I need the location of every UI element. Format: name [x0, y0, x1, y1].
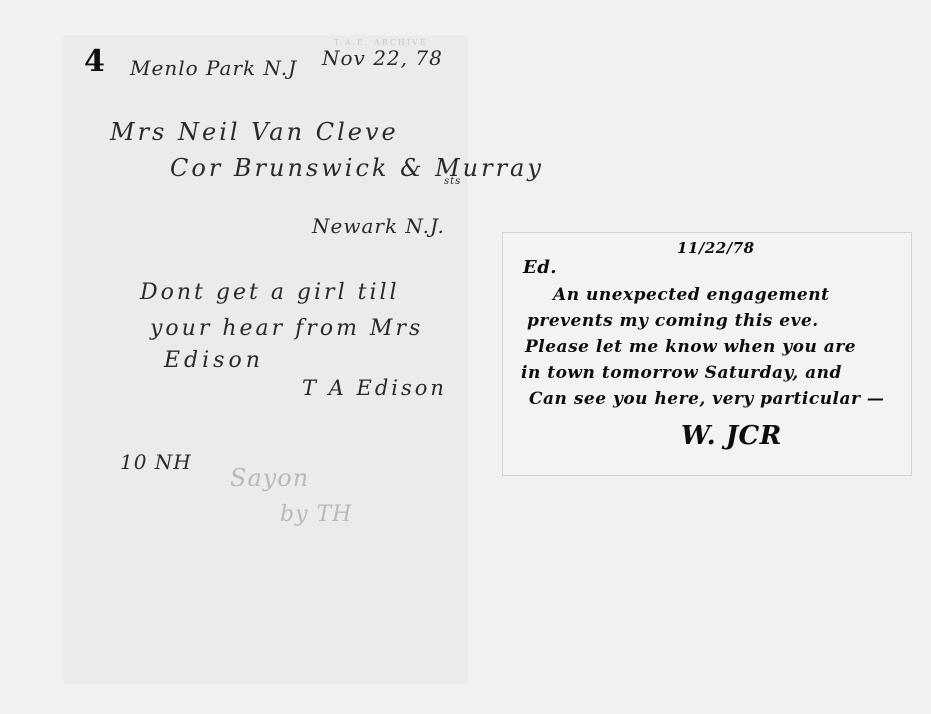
letter-signature: T A Edison	[302, 376, 447, 400]
address-street: Cor Brunswick & Murray	[170, 154, 544, 182]
address-city: Newark N.J.	[312, 214, 445, 238]
recipient-name: Mrs Neil Van Cleve	[110, 118, 399, 146]
card-body-line: Please let me know when you are	[525, 337, 856, 357]
place-line: Menlo Park N.J	[130, 56, 297, 80]
letter-date: Nov 22, 78	[322, 46, 443, 70]
letter-sheet: T.A.E. ARCHIVE 4 Menlo Park N.J Nov 22, …	[64, 36, 467, 683]
letter-body-line: Dont get a girl till	[140, 280, 400, 305]
card-signature: W. JCR	[681, 421, 782, 451]
docket-note: 10 NH	[120, 450, 192, 474]
letter-body-line: your hear from Mrs	[150, 316, 423, 341]
pencil-note: by TH	[280, 502, 352, 527]
message-card: 11/22/78 Ed. An unexpected engagement pr…	[502, 232, 912, 476]
folio-mark: 4	[84, 44, 105, 79]
address-street-suffix: sts	[444, 176, 461, 187]
pencil-note: Sayon	[230, 464, 309, 492]
card-body-line: An unexpected engagement	[553, 285, 829, 305]
card-body-line: Can see you here, very particular —	[529, 389, 884, 409]
letter-body-line: Edison	[164, 348, 264, 373]
card-salutation: Ed.	[523, 257, 557, 278]
card-body-line: in town tomorrow Saturday, and	[521, 363, 842, 383]
card-date: 11/22/78	[677, 239, 755, 257]
card-body-line: prevents my coming this eve.	[527, 311, 819, 331]
